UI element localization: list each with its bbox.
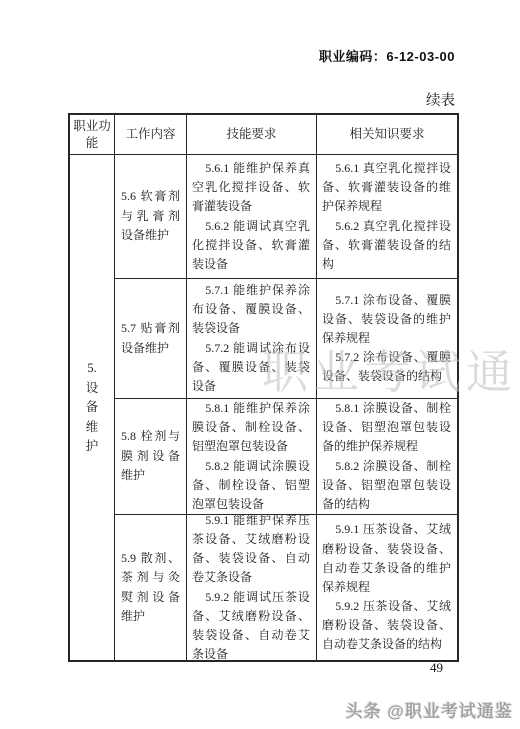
header-knowledge-requirements: 相关知识要求 bbox=[317, 115, 457, 155]
knowledge-item: 5.8.2 涂膜设备、制栓设备、铝塑泡罩包装设备的结构 bbox=[322, 457, 451, 515]
knowledge-item: 5.9.1 压茶设备、艾绒磨粉设备、装袋设备、自动卷艾条设备的维护保养规程 bbox=[322, 520, 451, 597]
skill-item: 5.8.2 能调试涂膜设备、制栓设备、铝塑泡罩包装设备 bbox=[192, 457, 310, 515]
document-page: 职业编码：6-12-03-00 续表 职业功能 工作内容 技能要求 相关知识要求… bbox=[0, 0, 520, 729]
knowledge-cell-5-6: 5.6.1 真空乳化搅拌设备、软膏灌装设备的维护保养规程 5.6.2 真空乳化搅… bbox=[317, 155, 457, 279]
skills-cell-5-6: 5.6.1 能维护保养真空乳化搅拌设备、软膏灌装设备 5.6.2 能调试真空乳化… bbox=[187, 155, 317, 279]
page-number: 49 bbox=[430, 660, 443, 676]
header-skill-requirements: 技能要求 bbox=[187, 115, 317, 155]
skill-item: 5.6.1 能维护保养真空乳化搅拌设备、软膏灌装设备 bbox=[192, 159, 310, 217]
header-occupational-function: 职业功能 bbox=[70, 115, 115, 155]
function-group-number: 5. bbox=[85, 359, 100, 378]
task-cell-5-8: 5.8 栓剂与膜剂设备维护 bbox=[115, 399, 187, 515]
function-group-label: 设备维护 bbox=[85, 379, 100, 457]
continued-table-label: 续表 bbox=[426, 89, 455, 110]
knowledge-item: 5.8.1 涂膜设备、制栓设备、铝塑泡罩包装设备的维护保养规程 bbox=[322, 399, 451, 457]
skill-item: 5.7.1 能维护保养涂布设备、覆膜设备、装袋设备 bbox=[192, 281, 310, 339]
function-group-cell: 5. 设备维护 bbox=[70, 155, 115, 660]
knowledge-cell-5-9: 5.9.1 压茶设备、艾绒磨粉设备、装袋设备、自动卷艾条设备的维护保养规程 5.… bbox=[317, 515, 457, 660]
occupation-code: 职业编码：6-12-03-00 bbox=[319, 46, 455, 65]
skill-item: 5.9.2 能调试压茶设备、艾绒磨粉设备、装袋设备、自动卷艾条设备 bbox=[192, 588, 310, 661]
task-cell-5-9: 5.9 散剂、茶剂与灸熨剂设备维护 bbox=[115, 515, 187, 660]
skill-item: 5.6.2 能调试真空乳化搅拌设备、软膏灌装设备 bbox=[192, 217, 310, 275]
knowledge-item: 5.9.2 压茶设备、艾绒磨粉设备、装袋设备、自动卷艾条设备的结构 bbox=[322, 597, 451, 655]
knowledge-item: 5.6.2 真空乳化搅拌设备、软膏灌装设备的结构 bbox=[322, 217, 451, 275]
knowledge-cell-5-8: 5.8.1 涂膜设备、制栓设备、铝塑泡罩包装设备的维护保养规程 5.8.2 涂膜… bbox=[317, 399, 457, 515]
knowledge-item: 5.6.1 真空乳化搅拌设备、软膏灌装设备的维护保养规程 bbox=[322, 159, 451, 217]
skills-cell-5-7: 5.7.1 能维护保养涂布设备、覆膜设备、装袋设备 5.7.2 能调试涂布设备、… bbox=[187, 279, 317, 399]
standards-table: 职业功能 工作内容 技能要求 相关知识要求 5. 设备维护 5.6 软膏剂与乳膏… bbox=[68, 113, 459, 662]
knowledge-item: 5.7.2 涂布设备、覆膜设备、装袋设备的结构 bbox=[322, 348, 451, 386]
skill-item: 5.7.2 能调试涂布设备、覆膜设备、装袋设备 bbox=[192, 339, 310, 397]
knowledge-cell-5-7: 5.7.1 涂布设备、覆膜设备、装袋设备的维护保养规程 5.7.2 涂布设备、覆… bbox=[317, 279, 457, 399]
skill-item: 5.9.1 能维护保养压茶设备、艾绒磨粉设备、装袋设备、自动卷艾条设备 bbox=[192, 515, 310, 588]
knowledge-item: 5.7.1 涂布设备、覆膜设备、装袋设备的维护保养规程 bbox=[322, 291, 451, 349]
skills-cell-5-8: 5.8.1 能维护保养涂膜设备、制栓设备、铝塑泡罩包装设备 5.8.2 能调试涂… bbox=[187, 399, 317, 515]
footer-watermark: 头条 @职业考试通鉴 bbox=[346, 697, 513, 722]
skills-cell-5-9: 5.9.1 能维护保养压茶设备、艾绒磨粉设备、装袋设备、自动卷艾条设备 5.9.… bbox=[187, 515, 317, 660]
header-work-content: 工作内容 bbox=[115, 115, 187, 155]
skill-item: 5.8.1 能维护保养涂膜设备、制栓设备、铝塑泡罩包装设备 bbox=[192, 399, 310, 457]
function-group-inner: 5. 设备维护 bbox=[85, 359, 100, 457]
task-cell-5-6: 5.6 软膏剂与乳膏剂设备维护 bbox=[115, 155, 187, 279]
task-cell-5-7: 5.7 贴膏剂设备维护 bbox=[115, 279, 187, 399]
